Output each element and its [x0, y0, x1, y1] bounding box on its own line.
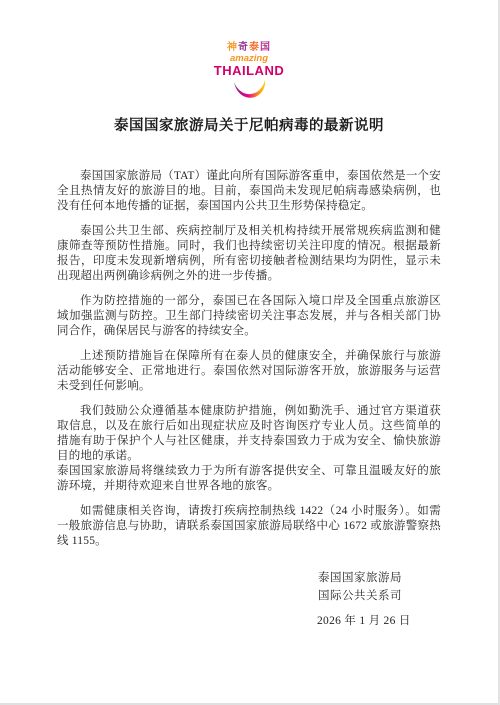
- body-paragraph-6: 如需健康相关咨询，请拨打疾病控制热线 1422（24 小时服务）。如需一般旅游信…: [57, 504, 441, 549]
- document-page: 神奇泰国 amazing THAILAND 泰国国家旅游局关于尼帕病毒的最新说明…: [0, 0, 500, 705]
- logo-cn-char: 国: [260, 42, 271, 53]
- logo-cn-char: 泰: [249, 42, 260, 53]
- thailand-swoosh-icon: [0, 80, 498, 103]
- signature-department: 国际公共关系司: [318, 587, 441, 605]
- logo-cn-char: 神: [227, 42, 238, 53]
- document-body: 泰国国家旅游局（TAT）谨此向所有国际游客重申，泰国依然是一个安全且热情友好的旅…: [57, 169, 441, 628]
- logo-thailand-text: THAILAND: [0, 64, 498, 78]
- body-paragraph-5-continuation: 泰国国家旅游局将继续致力于为所有游客提供安全、可靠且温暖友好的旅游环境，并期待欢…: [57, 464, 441, 494]
- document-date: 2026 年 1 月 26 日: [317, 612, 441, 628]
- body-paragraph-1: 泰国国家旅游局（TAT）谨此向所有国际游客重申，泰国依然是一个安全且热情友好的旅…: [57, 169, 441, 214]
- logo-chinese-text: 神奇泰国: [0, 42, 498, 53]
- signature-organization: 泰国国家旅游局: [318, 569, 441, 587]
- logo-cn-char: 奇: [238, 42, 249, 53]
- amazing-thailand-logo: 神奇泰国 amazing THAILAND: [0, 42, 498, 102]
- body-paragraph-4: 上述预防措施旨在保障所有在泰人员的健康安全，并确保旅行与旅游活动能够安全、正常地…: [57, 349, 441, 394]
- body-paragraph-5: 我们鼓励公众遵循基本健康防护措施，例如勤洗手、通过官方渠道获取信息，以及在旅行后…: [57, 404, 441, 464]
- signature-block: 泰国国家旅游局 国际公共关系司: [318, 569, 441, 605]
- body-paragraph-3: 作为防控措施的一部分，泰国已在各国际入境口岸及全国重点旅游区域加强监测与防控。卫…: [57, 294, 441, 339]
- page-title: 泰国国家旅游局关于尼帕病毒的最新说明: [0, 114, 498, 135]
- body-paragraph-2: 泰国公共卫生部、疾病控制厅及相关机构持续开展常规疾病监测和健康筛查等预防性措施。…: [57, 224, 441, 284]
